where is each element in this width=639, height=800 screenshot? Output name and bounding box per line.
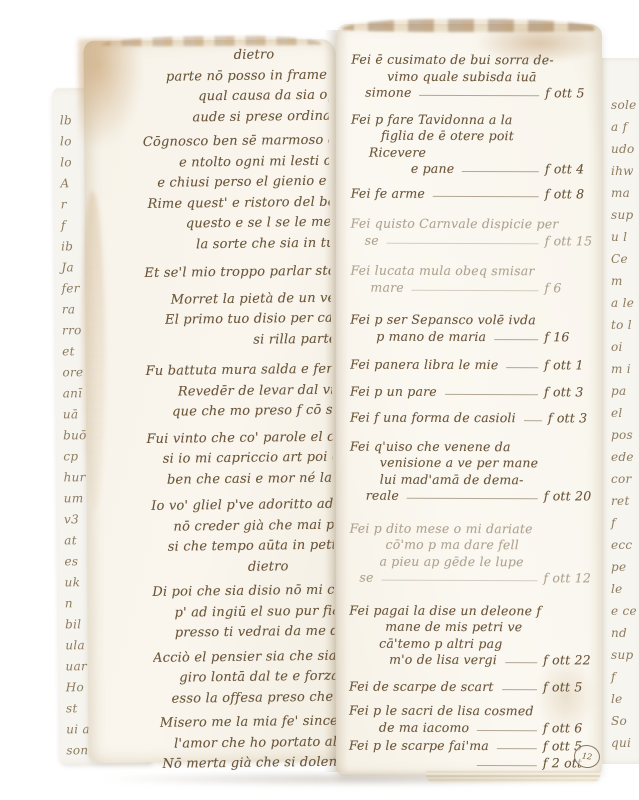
leader-line	[420, 95, 540, 96]
text-fragment: le	[611, 578, 639, 600]
handwritten-line: questo e se l se le meritò per te degni	[186, 213, 330, 235]
handwritten-line: sef ott 12	[359, 570, 593, 587]
ledger-entry: Fei p fare Tavidonna a lafiglia de ē ote…	[351, 111, 595, 178]
text-fragment: f	[611, 512, 639, 534]
leader-line	[462, 171, 539, 172]
text-fragment: qui	[611, 732, 639, 754]
entry-text: Fei p fare Tavidonna a la	[351, 111, 513, 127]
leader-line	[505, 662, 537, 663]
ledger-entry: Fei q'uiso che venene davenisione a ve p…	[350, 438, 594, 505]
handwritten-line: Fei p le scarpe fai'maf ott 5	[349, 738, 593, 755]
leader-line	[497, 748, 537, 749]
manuscript-photo: lbloloArfibJaferrarroetoreanīuābuōcphuru…	[0, 0, 639, 800]
entry-text: mare	[370, 279, 404, 296]
handwritten-line: si io mi capriccio art poi che partendo	[163, 448, 333, 471]
worn-page-edge	[342, 19, 596, 32]
handwritten-line: mane de mis petri ve	[385, 619, 593, 636]
handwritten-line: Fei pagai la dise un deleone f	[349, 602, 593, 619]
handwritten-line: realef ott 20	[366, 488, 594, 505]
ledger-entry: Fei de scarpe de scartf ott 5	[349, 678, 593, 695]
entry-amount: f ott 15	[545, 233, 595, 250]
handwritten-line: Rime quest' e ristoro del beneficio	[147, 192, 329, 215]
entry-text: cā'temo p altri pag	[379, 635, 502, 650]
handwritten-line: Fei p dito mese o mi dariate	[350, 520, 594, 537]
leader-line	[445, 393, 538, 394]
handwritten-line: Fei fe armef ott 8	[351, 185, 595, 202]
handwritten-line: Fei ē cusimato de bui sorra de-	[351, 52, 595, 69]
ledger-entry: Fei quisto Carnvale dispicie persef ott …	[351, 216, 595, 250]
entry-text: Fei f una forma de casioli	[350, 410, 516, 427]
entry-text: Fei de scarpe de scart	[349, 678, 494, 695]
handwritten-line: cō'mo p ma dare fell	[386, 537, 594, 554]
leader-line	[412, 289, 539, 290]
text-fragment: a le	[611, 292, 639, 314]
right-page: Fei ē cusimato de bui sorra de-vimo qual…	[336, 24, 602, 776]
handwritten-line: la sorte che sia in tuo pregiudicio	[196, 233, 330, 255]
handwritten-line: Fei p fare Tavidonna a la	[351, 111, 595, 128]
text-fragment: Ce	[611, 248, 639, 270]
underlying-leaf-right: solea fudoihwmasupu lCema leto loim ipae…	[598, 58, 639, 764]
text-fragment: m	[611, 270, 639, 292]
handwritten-line: Fei q'uiso che venene da	[350, 438, 594, 455]
handwritten-line: vimo quale subisda iuā	[387, 68, 595, 85]
leader-line	[407, 498, 538, 499]
text-fragment: sole	[611, 94, 639, 116]
leader-line	[524, 420, 542, 421]
stamp-monogram: 12	[581, 751, 592, 761]
ledger-entry: Fei p un paref ott 3	[350, 383, 594, 400]
text-fragment: u l	[611, 226, 639, 248]
entry-text: Fei lucata mula obeq smisar	[350, 263, 534, 279]
text-fragment: to l	[611, 314, 639, 336]
entry-text: a pieu ap gēde le lupe	[379, 553, 523, 569]
leader-line	[494, 339, 538, 340]
handwritten-line: presso ti vedrai da me dismesso	[175, 622, 335, 644]
handwritten-line: Fei quisto Carnvale dispicie per	[351, 216, 595, 233]
handwritten-line: maref 6	[370, 279, 594, 296]
ledger-entry: Fei panera libra le mief ott 1	[350, 357, 594, 374]
text-fragment: udo	[611, 138, 639, 160]
entry-amount: f ott 3	[548, 410, 598, 427]
right-page-ledger: Fei ē cusimato de bui sorra de-vimo qual…	[349, 52, 596, 772]
entry-amount: f ott 1	[544, 357, 594, 374]
ledger-entry: Fei p ser Sepansco volē ivdap mano de ma…	[350, 312, 594, 346]
entry-text: Fei fe arme	[351, 185, 425, 202]
entry-text: m'o de lisa vergi	[389, 652, 497, 669]
handwritten-line: e panef ott 4	[411, 161, 595, 178]
entry-text: Fei ē cusimato de bui sorra de-	[351, 52, 554, 68]
handwritten-line: giro lontā dal te e forza vera	[179, 667, 335, 689]
entry-text: Fei p le sacri de lisa cosmed	[349, 703, 534, 719]
entry-text: venisione a ve per mane	[380, 455, 538, 471]
entry-amount: f ott 22	[543, 652, 593, 669]
ledger-entry: Fei p dito mese o mi dariatecō'mo p ma d…	[349, 520, 593, 587]
left-page-handwriting: dietroparte nō posso in frame ch'esso fe…	[142, 45, 337, 776]
handwritten-line: Fei p le sacri de lisa cosmed	[349, 703, 593, 720]
ledger-entry: f 2 ott	[349, 754, 593, 771]
handwritten-line: venisione a ve per mane	[380, 455, 594, 472]
entry-text: figlia de ē otere poit	[381, 128, 514, 143]
ledger-entry: Fei f una forma de casiolif ott 3	[350, 410, 594, 427]
handwritten-line: Fei p un paref ott 3	[350, 383, 594, 400]
handwritten-line: a pieu ap gēde le lupe	[379, 553, 593, 570]
handwritten-line: Di poi che sia disio nō mi che è esso	[152, 581, 334, 604]
handwritten-line: e chiusi perso el gienio e frame ch'è mò…	[157, 172, 329, 195]
entry-text: Fei pagai la dise un deleone f	[349, 602, 541, 618]
leader-line	[502, 689, 537, 690]
entry-text: Fei p ser Sepansco volē ivda	[350, 312, 536, 328]
right-leaf-text-fragments: solea fudoihwmasupu lCema leto loim ipae…	[598, 58, 639, 754]
text-fragment: pos	[611, 424, 639, 446]
text-fragment: ecc	[611, 534, 639, 556]
entry-text: Fei q'uiso che venene da	[350, 438, 511, 454]
entry-amount: f ott 8	[545, 186, 595, 203]
handwritten-line: Fei panera libra le mief ott 1	[350, 357, 594, 374]
entry-text: Fei panera libra le mie	[350, 357, 498, 374]
entry-amount: f 6	[544, 280, 594, 297]
handwritten-line: si che tempo aūta in petto levar t'	[168, 536, 334, 559]
text-fragment: le	[611, 688, 639, 710]
text-fragment: sup	[611, 204, 639, 226]
leader-line	[477, 765, 537, 766]
text-fragment: e ce	[611, 600, 639, 622]
handwritten-line: Morret la pietà de un venerādose	[171, 288, 331, 310]
handwritten-line: Misero me la mia fe' sincera	[160, 712, 336, 735]
entry-text: Fei p le scarpe fai'ma	[349, 738, 489, 755]
handwritten-line: El primo tuo disio per carlo segniate	[165, 309, 331, 332]
entry-amount: f ott 4	[545, 161, 595, 178]
handwritten-line: cā'temo p altri pag	[379, 635, 593, 652]
entry-amount: f ott 12	[543, 570, 593, 587]
entry-text: cō'mo p ma dare fell	[386, 537, 519, 552]
handwritten-line: simonef ott 5	[365, 85, 595, 102]
handwritten-line: que che mo preso f cō suetudine	[172, 401, 332, 423]
handwritten-line: Acciò el pensier sia che sia sta giunto	[153, 646, 335, 669]
entry-text: p mano de maria	[376, 328, 486, 345]
text-fragment: pa	[611, 380, 639, 402]
handwritten-line: Fei lucata mula obeq smisar	[350, 263, 594, 280]
handwritten-line: esso la offesa preso che e' el partito	[171, 687, 335, 710]
left-page: dietroparte nō posso in frame ch'esso fe…	[83, 39, 340, 763]
text-fragment: pe	[611, 556, 639, 578]
handwritten-line: Ricevere	[369, 144, 595, 161]
handwritten-line: p mano de mariaf 16	[376, 328, 594, 345]
handwritten-line: si rilla parte	[253, 329, 331, 350]
handwritten-line: qual causa da sia opresa va mal cari mot…	[198, 86, 328, 108]
paper-stain	[77, 38, 144, 150]
entry-text: simone	[365, 85, 412, 102]
handwritten-line: Et se'l mio troppo parlar sto sdegnasti	[144, 262, 330, 285]
entry-text: se	[365, 232, 379, 249]
handwritten-line: e ntolto ogni mi lesti ogni iudicio	[179, 151, 329, 173]
text-fragment: nd	[611, 622, 639, 644]
ledger-entry: Fei p le sacri de lisa cosmedde ma iacom…	[349, 703, 593, 737]
entry-amount: f ott 5	[545, 85, 595, 102]
handwritten-line: lui mad'amā de dema-	[380, 471, 594, 488]
handwritten-line: l'amor che ho portato al vecchio parte	[174, 732, 336, 754]
handwritten-line: Io vo' gliel p've adoritto adomandarti	[151, 495, 333, 518]
handwritten-line: Cōgnosco ben sē marmoso ch'è mòlo	[143, 131, 329, 154]
leader-line	[382, 580, 538, 582]
entry-text: Fei p dito mese o mi dariate	[350, 520, 533, 536]
handwritten-line: dietro	[248, 556, 334, 578]
ledger-entry: Fei lucata mula obeq smisarmaref 6	[350, 263, 594, 297]
entry-text: e pane	[411, 161, 455, 178]
handwritten-line: de ma iacomof ott 6	[379, 719, 593, 736]
handwritten-line: Fui vinto che co' parole el cor mi sfelo	[146, 427, 332, 450]
text-fragment: m i	[611, 358, 639, 380]
leader-line	[506, 367, 538, 368]
text-fragment: cor	[611, 468, 639, 490]
book-gutter	[324, 30, 348, 772]
leader-line	[433, 195, 539, 196]
leader-line	[387, 242, 539, 244]
entry-amount: f ott 20	[544, 488, 594, 505]
handwritten-line: Revedēr de levar dal vitio peso	[178, 380, 332, 402]
text-fragment: ret	[611, 490, 639, 512]
handwritten-line: Fei p ser Sepansco volē ivda	[350, 312, 594, 329]
entry-text: Fei p un pare	[350, 383, 437, 400]
book-shadow	[100, 772, 579, 786]
entry-text: lui mad'amā de dema-	[380, 471, 524, 487]
entry-amount: f ott 5	[543, 679, 593, 696]
handwritten-line: figlia de ē otere poit	[381, 128, 595, 145]
leader-line	[477, 730, 537, 731]
handwritten-line: Fei f una forma de casiolif ott 3	[350, 410, 594, 427]
entry-text: Fei quisto Carnvale dispicie per	[351, 216, 559, 232]
handwritten-line: Fu battuta mura salda e ferma sedōtū	[145, 360, 331, 383]
text-fragment: el	[611, 402, 639, 424]
text-fragment: sup	[611, 644, 639, 666]
entry-text: se	[359, 570, 373, 587]
handwritten-line: nō creder già che mai per me ti sia	[173, 515, 333, 537]
text-fragment: oi	[611, 336, 639, 358]
entry-amount: f ott 6	[543, 720, 593, 737]
ledger-entry: Fei ē cusimato de bui sorra de-vimo qual…	[351, 52, 595, 102]
entry-text: reale	[366, 488, 399, 505]
ledger-entry: Fei pagai la dise un deleone fmane de mi…	[349, 602, 593, 669]
handwritten-line: Fei de scarpe de scartf ott 5	[349, 678, 593, 695]
text-fragment: f	[611, 666, 639, 688]
entry-amount: f 16	[544, 329, 594, 346]
handwritten-line: m'o de lisa vergif ott 22	[389, 652, 593, 669]
entry-amount: f ott 3	[544, 384, 594, 401]
handwritten-line: dietro	[234, 45, 328, 67]
ledger-entry: Fei p le scarpe fai'maf ott 5	[349, 738, 593, 755]
text-fragment: ihw	[611, 160, 639, 182]
text-fragment: ma	[611, 182, 639, 204]
handwritten-line: sef ott 15	[365, 232, 595, 249]
handwritten-line: ben che casi e mor né la rispetto	[167, 468, 333, 491]
entry-text: mane de mis petri ve	[385, 619, 522, 634]
handwritten-line: parte nō posso in frame ch'esso fece	[166, 65, 328, 87]
handwritten-line: p' ad ingiū el suo pur fiale appetito	[174, 601, 334, 623]
handwritten-line: aude si prese ordinar mai d'ella cōsorte	[192, 106, 328, 128]
text-fragment: a f	[611, 116, 639, 138]
entry-text: Ricevere	[369, 144, 426, 159]
entry-text: vimo quale subisda iuā	[387, 68, 537, 84]
entry-text: de ma iacomo	[379, 719, 469, 736]
ledger-entry: Fei fe armef ott 8	[351, 185, 595, 202]
text-fragment: ede	[611, 446, 639, 468]
text-fragment: So	[611, 710, 639, 732]
